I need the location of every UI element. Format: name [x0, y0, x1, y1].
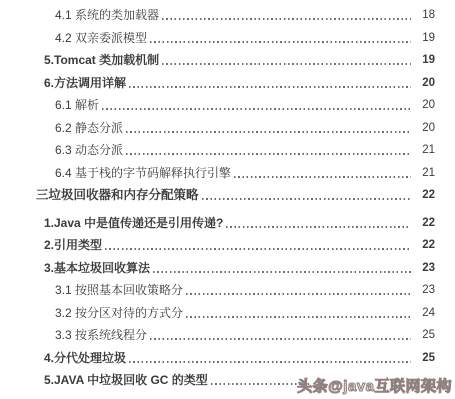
toc-entry-label: 3.2 按分区对待的方式分 — [55, 305, 183, 321]
dot-leader — [150, 41, 411, 43]
toc-entry-label: 3.1 按照基本回收策略分 — [55, 282, 183, 298]
toc-entry-label: 4.1 系统的类加载器 — [55, 7, 159, 23]
dot-leader — [153, 271, 411, 273]
toc-entry-label: 4.2 双亲委派模型 — [55, 30, 147, 46]
toc-entry-label: 5.JAVA 中垃圾回收 GC 的类型 — [44, 372, 208, 388]
toc-entry-page: 20 — [413, 75, 435, 91]
toc-entry: 3.3 按系统线程分25 — [0, 327, 435, 343]
watermark: 头条@java互联网架构 — [297, 375, 452, 396]
toc-entry-label: 5.Tomcat 类加载机制 — [44, 52, 159, 68]
toc-entry: 3.2 按分区对待的方式分24 — [0, 305, 435, 321]
toc-entry-page: 21 — [413, 165, 435, 181]
toc-entry-label: 6.1 解析 — [55, 97, 99, 113]
toc-entry-label: 1.Java 中是值传递还是引用传递? — [44, 215, 223, 231]
dot-leader — [234, 176, 411, 178]
toc-entry: 4.2 双亲委派模型19 — [0, 30, 435, 46]
toc-entry-page: 21 — [413, 142, 435, 158]
dot-leader — [129, 361, 411, 363]
dot-leader — [129, 86, 411, 88]
toc-entry-label: 3.3 按系统线程分 — [55, 327, 147, 343]
toc-entry-page: 25 — [413, 350, 435, 366]
toc-entry: 5.Tomcat 类加载机制19 — [0, 52, 435, 68]
dot-leader — [162, 63, 411, 65]
toc-entry: 1.Java 中是值传递还是引用传递?22 — [0, 215, 435, 231]
toc-entry-label: 6.2 静态分派 — [55, 120, 123, 136]
toc-entry-label: 6.方法调用详解 — [44, 75, 126, 91]
toc-entry-page: 22 — [413, 237, 435, 253]
toc-entry: 6.方法调用详解20 — [0, 75, 435, 91]
toc-entry-page: 22 — [413, 187, 435, 203]
toc-entry-page: 20 — [413, 97, 435, 113]
toc-entry-label: 2.引用类型 — [44, 237, 102, 253]
toc-entry-label: 4.分代处理垃圾 — [44, 350, 126, 366]
dot-leader — [202, 198, 411, 200]
toc-entry: 6.4 基于栈的字节码解释执行引擎21 — [0, 165, 435, 181]
toc-entry-page: 22 — [413, 215, 435, 231]
toc-entry-page: 24 — [413, 305, 435, 321]
toc-entry-page: 20 — [413, 120, 435, 136]
toc-entry: 4.分代处理垃圾25 — [0, 350, 435, 366]
toc-entry-label: 6.4 基于栈的字节码解释执行引擎 — [55, 165, 231, 181]
dot-leader — [126, 153, 411, 155]
toc-entry-page: 25 — [413, 327, 435, 343]
dot-leader — [162, 18, 411, 20]
toc-entry-label: 6.3 动态分派 — [55, 142, 123, 158]
toc-entry-page: 23 — [413, 260, 435, 276]
dot-leader — [102, 108, 411, 110]
table-of-contents: 4.1 系统的类加载器184.2 双亲委派模型195.Tomcat 类加载机制1… — [0, 0, 455, 388]
toc-entry: 6.3 动态分派21 — [0, 142, 435, 158]
toc-entry: 2.引用类型22 — [0, 237, 435, 253]
dot-leader — [186, 316, 411, 318]
toc-entry-label: 3.基本垃圾回收算法 — [44, 260, 150, 276]
toc-entry: 6.1 解析20 — [0, 97, 435, 113]
toc-entry-page: 23 — [413, 282, 435, 298]
toc-entry: 3.1 按照基本回收策略分23 — [0, 282, 435, 298]
toc-entry-page: 19 — [413, 52, 435, 68]
toc-entry-page: 19 — [413, 30, 435, 46]
dot-leader — [186, 293, 411, 295]
dot-leader — [126, 131, 411, 133]
toc-entry: 6.2 静态分派20 — [0, 120, 435, 136]
dot-leader — [150, 338, 411, 340]
toc-entry-page: 18 — [413, 7, 435, 23]
dot-leader — [226, 226, 411, 228]
dot-leader — [105, 248, 411, 250]
toc-entry: 4.1 系统的类加载器18 — [0, 7, 435, 23]
toc-entry: 3.基本垃圾回收算法23 — [0, 260, 435, 276]
dot-leader — [211, 383, 311, 385]
toc-entry-label: 三垃圾回收器和内存分配策略 — [36, 187, 199, 203]
toc-chapter-heading: 三垃圾回收器和内存分配策略22 — [0, 187, 435, 203]
